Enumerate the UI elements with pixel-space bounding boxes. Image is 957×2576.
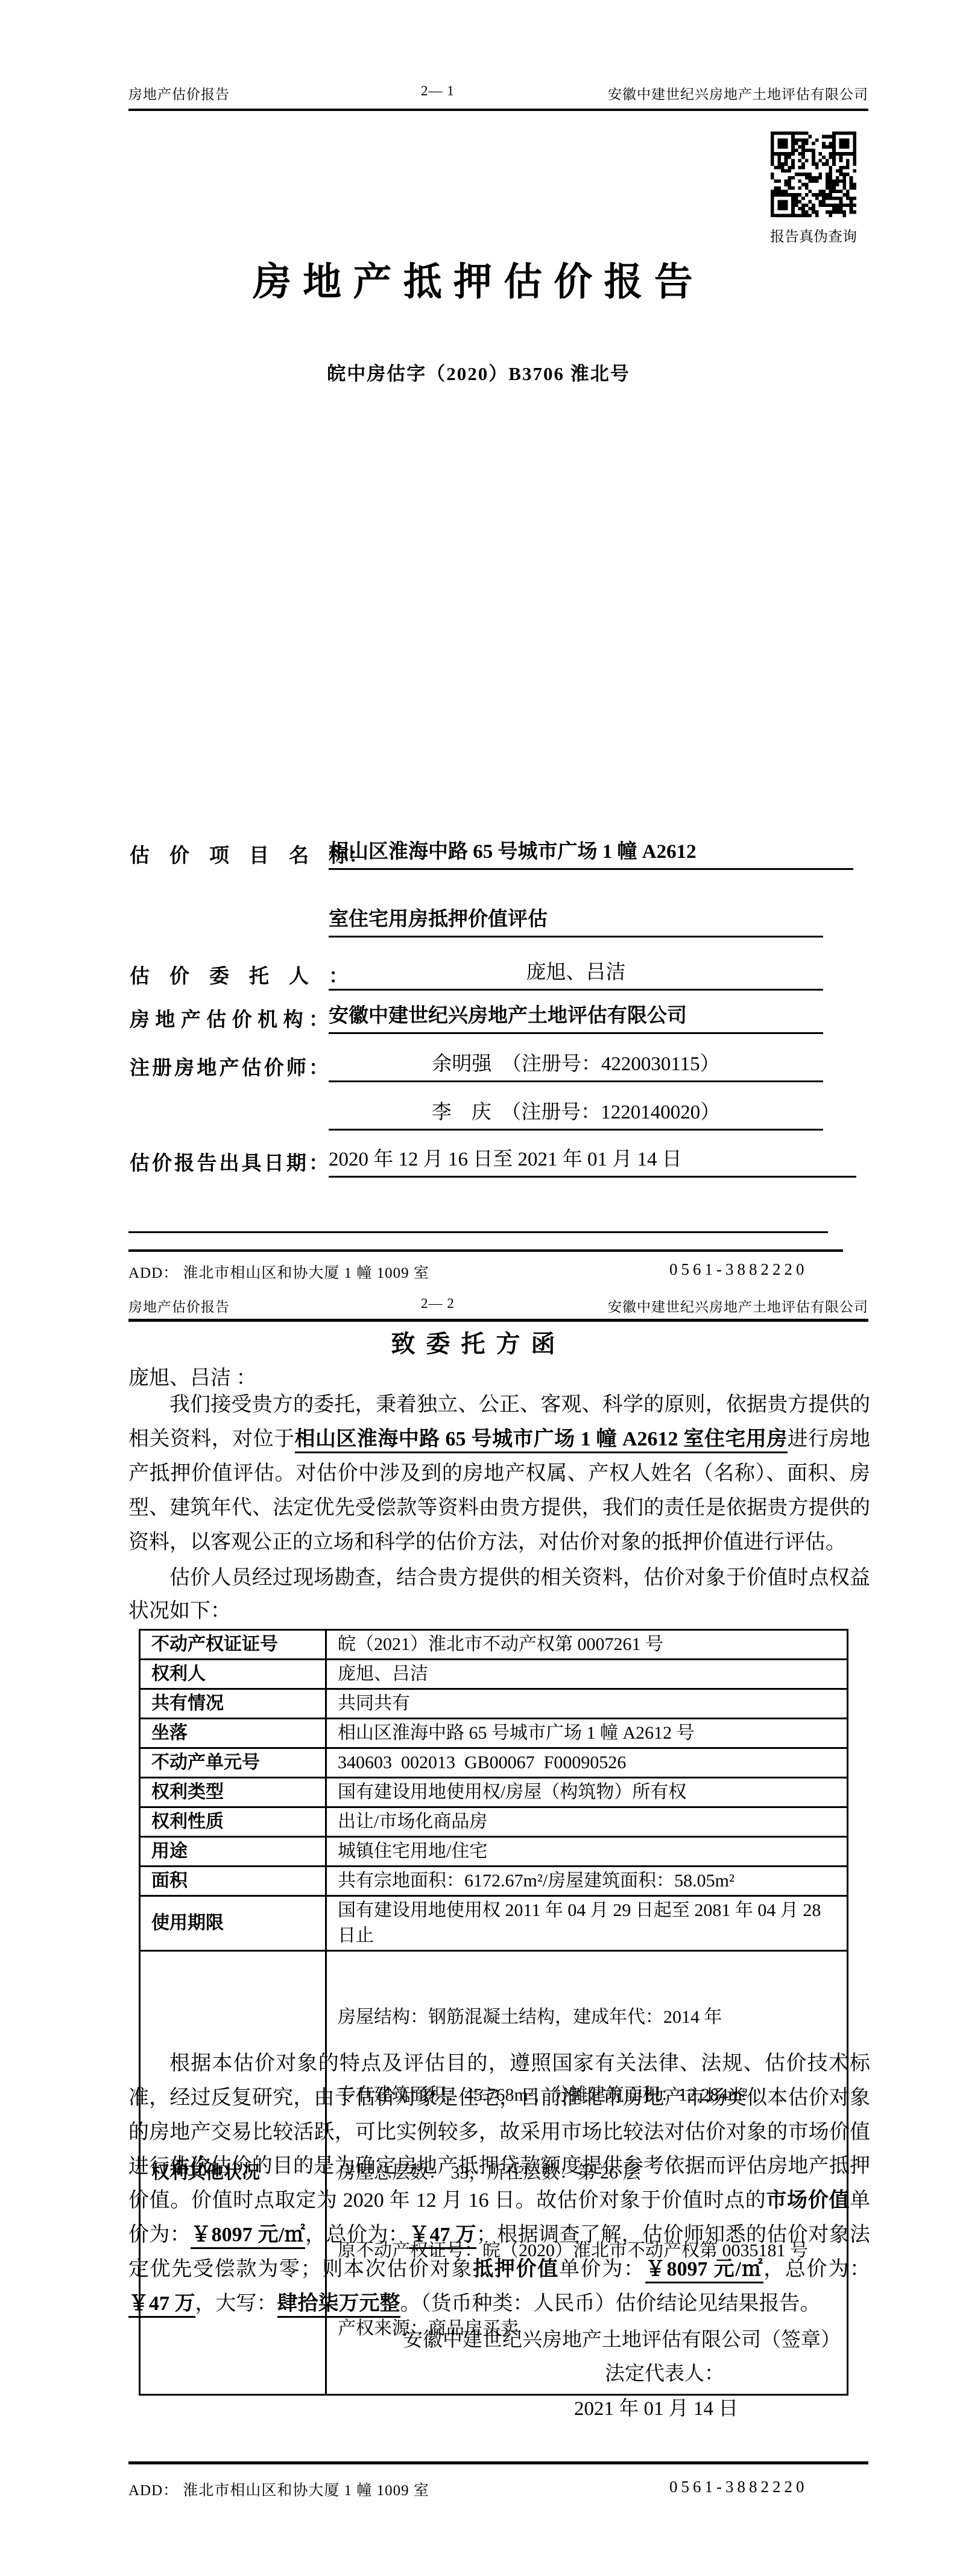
para4-run: 本次估价的目的是为确定房地产抵押贷款额度提供参考依据而评估房地产抵押价值。价值时… (128, 2155, 870, 2212)
cell-label: 共有情况 (140, 1689, 326, 1719)
para1-property-emphasis: 相山区淮海中路 65 号城市广场 1 幢 A2612 室住宅用房 (295, 1428, 788, 1453)
report-doc-number: 皖中房估字（2020）B3706 淮北号 (0, 358, 957, 385)
cell-value: 出让/市场化商品房 (326, 1807, 848, 1837)
qr-caption: 报告真伪查询 (759, 224, 868, 246)
page1-header-doc-type: 房地产估价报告 (128, 83, 230, 103)
table-row: 权利人庞旭、吕洁 (140, 1660, 848, 1689)
field-label-appraiser: 注册房地产估价师： (130, 1055, 329, 1082)
letter-paragraph-1: 我们接受贵方的委托，秉着独立、公正、客观、科学的原则，依据贵方提供的相关资料，对… (128, 1388, 870, 1559)
signature-date: 2021 年 01 月 14 日 (574, 2393, 738, 2421)
table-row: 使用期限国有建设用地使用权 2011 年 04 月 29 日起至 2081 年 … (140, 1896, 848, 1951)
cell-value: 庞旭、吕洁 (326, 1660, 848, 1689)
table-row: 面积共有宗地面积：6172.67m²/房屋建筑面积：58.05m² (140, 1867, 848, 1896)
para4-run: ，总价为： (763, 2258, 870, 2280)
footer-divider-thick (128, 1249, 843, 1252)
page1-footer-address: ADD： 淮北市相山区和协大厦 1 幢 1009 室 (128, 1261, 429, 1283)
para4-run: ￥47 万 (128, 2292, 195, 2318)
field-value-project-name-line2: 室住宅用房抵押价值评估 (329, 906, 823, 937)
field-row-agency: 房地产估价机构： 安徽中建世纪兴房地产土地评估有限公司 (130, 1003, 823, 1034)
field-value-project-name: 相山区淮海中路 65 号城市广场 1 幢 A2612 (329, 839, 853, 870)
letter-paragraph-4: 本次估价的目的是为确定房地产抵押贷款额度提供参考依据而评估房地产抵押价值。价值时… (128, 2149, 870, 2321)
field-value-agency: 安徽中建世纪兴房地产土地评估有限公司 (329, 1003, 823, 1034)
field-label-issue-date: 估价报告出具日期： (130, 1150, 329, 1178)
field-row-project-name: 估 价 项 目 名 称： 相山区淮海中路 65 号城市广场 1 幢 A2612 (130, 839, 853, 870)
cell-label: 权利性质 (140, 1807, 326, 1837)
para4-run: ￥47 万 (409, 2224, 476, 2249)
letter-heading: 致委托方函 (0, 1325, 957, 1359)
para4-run: 抵押价值 (473, 2258, 559, 2280)
table-row: 权利类型国有建设用地使用权/房屋（构筑物）所有权 (140, 1778, 848, 1807)
cell-label: 不动产权证证号 (140, 1630, 326, 1660)
cell-value: 国有建设用地使用权 2011 年 04 月 29 日起至 2081 年 04 月… (326, 1896, 848, 1951)
signature-legal-representative: 法定代表人： (605, 2358, 724, 2386)
field-value-appraiser-2: 李 庆 （注册号：1220140020） (329, 1099, 823, 1131)
report-title: 房地产抵押估价报告 (0, 251, 957, 306)
para4-run: ，总价为： (305, 2224, 409, 2246)
para4-run: ，大写： (195, 2292, 277, 2315)
cell-label: 用途 (140, 1837, 326, 1867)
letter-salutation: 庞旭、吕洁 ： (128, 1361, 257, 1391)
cell-value: 皖（2021）淮北市不动产权第 0007261 号 (326, 1630, 848, 1660)
field-row-appraiser-2: 李 庆 （注册号：1220140020） (130, 1099, 823, 1131)
cell-label: 不动产单元号 (140, 1748, 326, 1778)
field-row-project-name-line2: 室住宅用房抵押价值评估 (130, 906, 823, 937)
page2-header-company: 安徽中建世纪兴房地产土地评估有限公司 (608, 1296, 868, 1316)
table-row: 用途城镇住宅用地/住宅 (140, 1837, 848, 1867)
letter-paragraph-2: 估价人员经过现场勘查，结合贵方提供的相关资料，估价对象于价值时点权益状况如下： (128, 1561, 870, 1628)
field-label-agency: 房地产估价机构： (130, 1007, 329, 1034)
table-row: 共有情况共同共有 (140, 1689, 848, 1719)
cell-value: 340603 002013 GB00067 F00090526 (326, 1748, 848, 1778)
para4-run: 。（货币种类：人民币）估价结论见结果报告。 (400, 2292, 821, 2315)
field-label-client: 估 价 委 托 人 ： (130, 963, 329, 991)
signature-company: 安徽中建世纪兴房地产土地评估有限公司（签章） (403, 2324, 841, 2352)
page2-header-doc-type: 房地产估价报告 (128, 1296, 230, 1316)
report-document: 房地产估价报告 2— 1 安徽中建世纪兴房地产土地评估有限公司 报告真伪查询 房… (0, 0, 957, 2576)
page2-header-divider (128, 1319, 868, 1322)
field-value-client: 庞旭、吕洁 (329, 959, 823, 991)
page1-footer-phone: 0561-3882220 (669, 1260, 808, 1279)
page1-header-divider (128, 109, 868, 111)
para4-run: 肆拾柒万元整 (277, 2292, 400, 2318)
table-row: 坐落相山区淮海中路 65 号城市广场 1 幢 A2612 号 (140, 1719, 848, 1748)
other-rights-line: 房屋结构：钢筋混凝土结构，建成年代：2014 年 (338, 2003, 841, 2031)
field-row-appraiser-1: 注册房地产估价师： 余明强 （注册号：4220030115） (130, 1051, 823, 1082)
page2-footer-phone: 0561-3882220 (669, 2478, 808, 2496)
para4-run: ￥8097 元/㎡ (191, 2224, 305, 2249)
para4-run: 市场价值 (766, 2189, 850, 2212)
cell-label: 权利人 (140, 1660, 326, 1689)
table-row: 不动产权证证号皖（2021）淮北市不动产权第 0007261 号 (140, 1630, 848, 1660)
cell-value: 城镇住宅用地/住宅 (326, 1837, 848, 1867)
cell-value: 共有宗地面积：6172.67m²/房屋建筑面积：58.05m² (326, 1867, 848, 1896)
cell-label: 权利类型 (140, 1778, 326, 1807)
page2-page-number: 2— 2 (421, 1296, 455, 1312)
para4-run: 单价为： (559, 2258, 645, 2280)
table-row: 不动产单元号340603 002013 GB00067 F00090526 (140, 1748, 848, 1778)
page1-page-number: 2— 1 (421, 83, 455, 99)
qr-code-icon (771, 132, 856, 217)
page1-header-company: 安徽中建世纪兴房地产土地评估有限公司 (608, 83, 868, 103)
page2-footer-address: ADD： 淮北市相山区和协大厦 1 幢 1009 室 (128, 2478, 429, 2500)
field-row-client: 估 价 委 托 人 ： 庞旭、吕洁 (130, 959, 823, 991)
cell-label: 面积 (140, 1867, 326, 1896)
table-row: 权利性质出让/市场化商品房 (140, 1807, 848, 1837)
field-row-issue-date: 估价报告出具日期： 2020 年 12 月 16 日至 2021 年 01 月 … (130, 1146, 856, 1178)
cell-value: 共同共有 (326, 1689, 848, 1719)
cell-value: 国有建设用地使用权/房屋（构筑物）所有权 (326, 1778, 848, 1807)
field-label-project-name: 估 价 项 目 名 称： (130, 843, 329, 870)
cell-value: 相山区淮海中路 65 号城市广场 1 幢 A2612 号 (326, 1719, 848, 1748)
para4-run: ￥8097 元/㎡ (645, 2258, 763, 2283)
cell-label: 使用期限 (140, 1896, 326, 1951)
page2-footer-divider (128, 2461, 868, 2464)
field-value-issue-date: 2020 年 12 月 16 日至 2021 年 01 月 14 日 (329, 1146, 856, 1178)
field-value-appraiser-1: 余明强 （注册号：4220030115） (329, 1051, 823, 1082)
footer-divider-thin (128, 1231, 828, 1233)
cell-label: 坐落 (140, 1719, 326, 1748)
